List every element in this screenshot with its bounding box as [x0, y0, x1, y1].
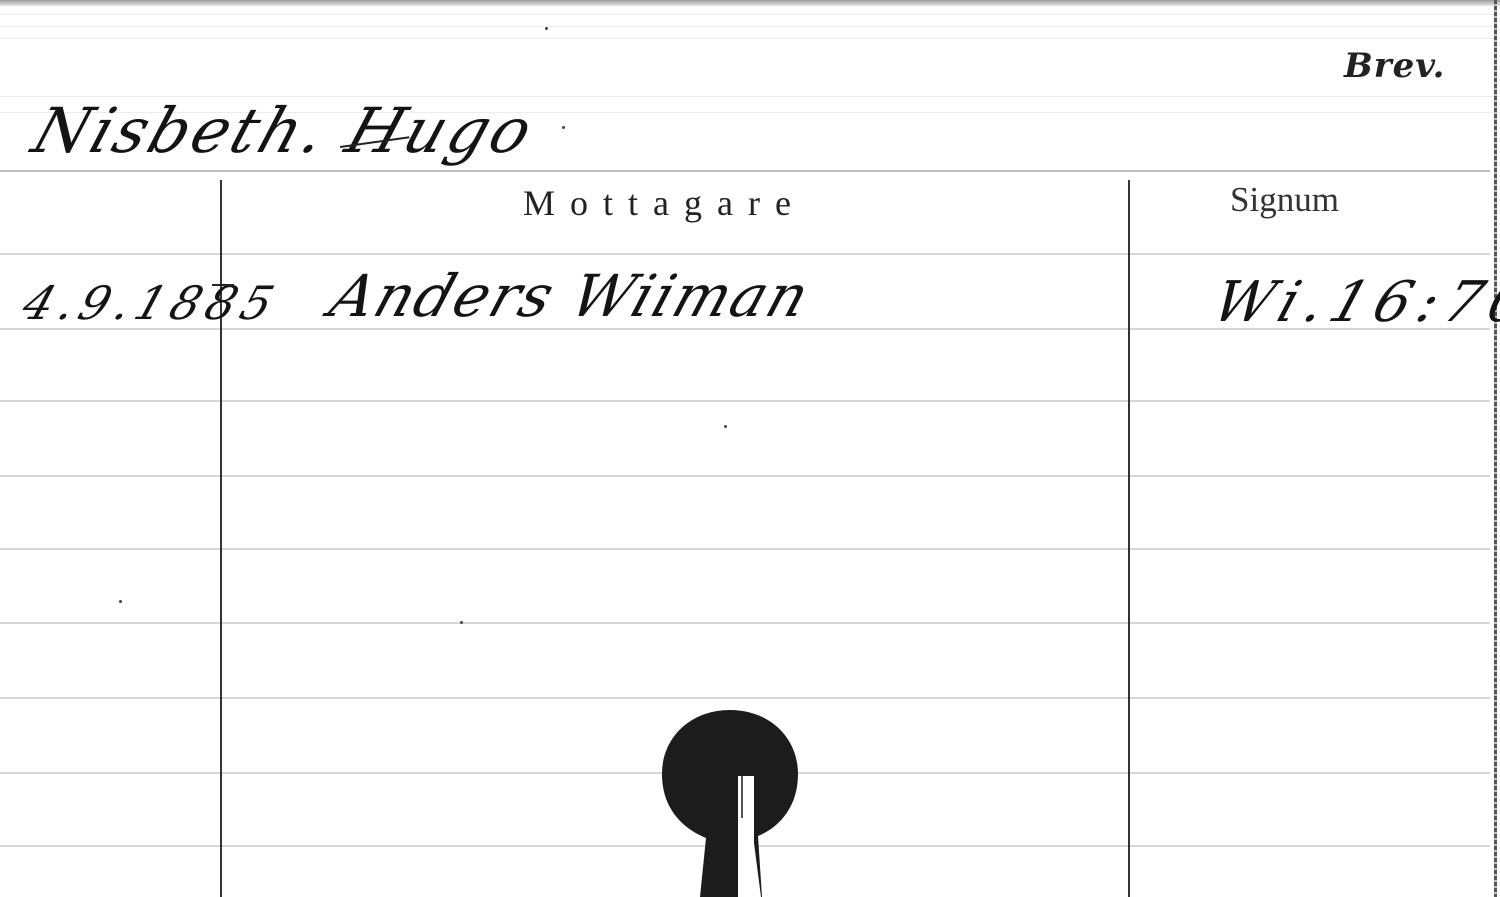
archive-index-card: Brev. Nisbeth. Hugo Mottagare Signum 4.9…	[0, 0, 1500, 897]
column-header-signum: Signum	[1230, 180, 1339, 220]
scan-band	[0, 38, 1500, 39]
row-rule	[0, 400, 1490, 402]
scan-speck	[460, 621, 463, 624]
row-rule	[0, 475, 1490, 477]
form-title: Brev.	[1344, 46, 1445, 86]
card-right-edge	[1494, 0, 1497, 897]
row-rule	[0, 622, 1490, 624]
heading-name: Nisbeth. Hugo	[24, 94, 544, 167]
scan-speck	[119, 600, 122, 603]
row-rule	[0, 548, 1490, 550]
column-divider-signum	[1128, 180, 1130, 897]
scan-band	[0, 26, 1500, 27]
row-rule	[0, 253, 1490, 255]
scan-speck	[724, 425, 727, 428]
column-header-mottagare: Mottagare	[523, 182, 806, 224]
date-tick-mark	[212, 284, 234, 286]
row-rule	[0, 697, 1490, 699]
entry-date: 4.9.1885	[16, 276, 286, 330]
punch-hole-icon	[660, 708, 800, 897]
header-rule	[0, 170, 1490, 172]
entry-signum: Wi.16:709	[1205, 270, 1500, 335]
card-top-edge	[0, 0, 1500, 6]
scan-speck	[562, 126, 565, 129]
scan-speck	[545, 27, 548, 30]
scan-band	[0, 14, 1500, 15]
entry-recipient: Anders Wiiman	[322, 262, 819, 330]
